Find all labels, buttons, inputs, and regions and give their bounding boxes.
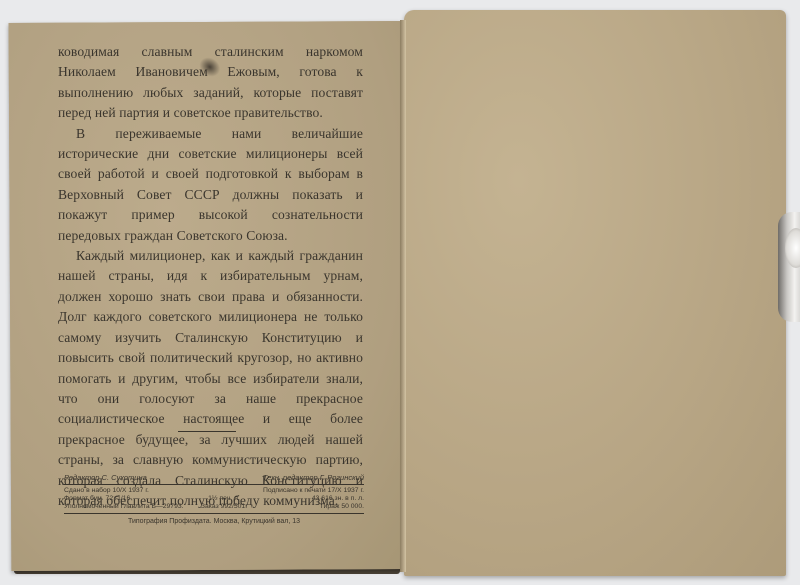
paragraph: Каждый милиционер, как и каждый граждани… (58, 246, 363, 511)
paper-format: Формат бум. 72×1/16 (64, 495, 194, 503)
chars-per-sheet: 43 616 зн. в п. л. (254, 495, 364, 503)
paragraph: В переживаемые нами величайшие историчес… (58, 124, 363, 246)
printed-sheets: 1½ печ. л. (194, 495, 254, 503)
paragraph: ководимая славным сталинским наркомом Ни… (58, 42, 363, 124)
body-text: ководимая славным сталинским наркомом Ни… (58, 42, 363, 511)
editor: Редактор С. Сухотина (64, 473, 147, 482)
separator-rule (178, 431, 236, 432)
cylinder-cap (785, 228, 800, 268)
order-number: Заказ 992/501. (194, 503, 254, 511)
signed-date: Подписано к печати 17/X 1937 г. (254, 487, 364, 495)
imprint-block: Редактор С. Сухотина Техн. редактор Г. Р… (64, 473, 364, 525)
book-gutter (400, 20, 406, 572)
print-run: Тираж 50 000. (254, 503, 364, 511)
printer-line: Типография Профиздата. Москва, Крутицкий… (64, 514, 364, 525)
typeset-date: Сдано в набор 10/X 1937 г. (64, 487, 194, 495)
censor-number: Уполномоченный Главлита Б—29793. (64, 503, 194, 511)
right-page (404, 10, 786, 576)
tech-editor: Техн. редактор Г. Рогинский (263, 473, 364, 482)
